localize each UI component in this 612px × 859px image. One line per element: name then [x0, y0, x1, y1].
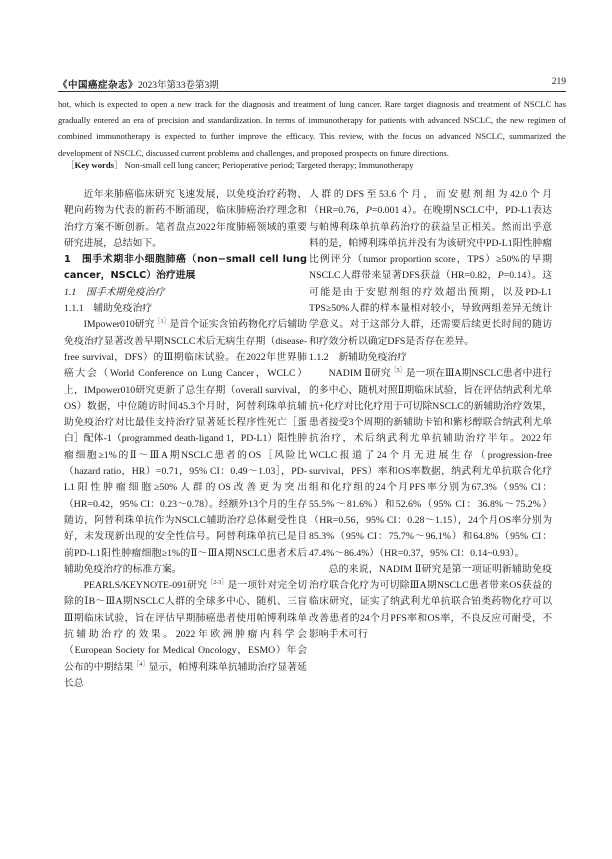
text-run: 是一项在ⅢA期NSCLC患者中进行的多中心、随机对照Ⅱ期临床试验，旨在评估纳武利… — [309, 368, 552, 558]
intro-paragraph: 近年来肺癌临床研究飞速发展，以免疫治疗药物、靶向药物为代表的新药不断涌现，临床肺… — [64, 187, 307, 252]
text-run: PEARLS/KEYNOTE-091研究 — [84, 580, 207, 591]
text-run: 是一项针对完全切除的ⅠB～ⅢA期NSCLC人群的全球多中心、随机、三盲Ⅲ期临床试… — [64, 580, 307, 672]
impower010-paragraph: IMpower010研究［1］是首个证实含铂药物化疗后辅助免疫治疗显著改善早期N… — [64, 317, 307, 578]
text-run: 是首个证实含铂药物化疗后辅助免疫治疗显著改善早期NSCLC术后无病生存期（dis… — [64, 319, 307, 574]
running-header: 《中国癌症杂志》2023年第33卷第3期 219 — [58, 76, 566, 92]
page-number: 219 — [552, 77, 566, 87]
keywords-text: Non-small cell lung cancer; Perioperativ… — [125, 160, 414, 170]
journal-name: 《中国癌症杂志》 — [58, 81, 138, 91]
abstract-text: hot, which is expected to open a new tra… — [58, 96, 566, 161]
right-column: 人群的DFS至53.6个月，而安慰剂组为42.0个月（HR=0.76，P=0.0… — [309, 187, 552, 643]
left-column: 近年来肺癌临床研究飞速发展，以免疫治疗药物、靶向药物为代表的新药不断涌现，临床肺… — [64, 187, 307, 692]
citation-5: ［5］ — [391, 368, 406, 374]
summary-paragraph: 总的来说，NADIM Ⅱ研究是第一项证明新辅助免疫治疗联合化疗为可切除ⅢA期NS… — [309, 562, 552, 643]
citation-1: ［1］ — [154, 319, 169, 325]
citation-2-3: ［2-3］ — [207, 580, 227, 586]
text-run: NADIM Ⅱ研究 — [329, 368, 391, 379]
pearls-paragraph: PEARLS/KEYNOTE-091研究［2-3］是一项针对完全切除的ⅠB～ⅢA… — [64, 578, 307, 692]
journal-issue: 《中国癌症杂志》2023年第33卷第3期 — [58, 77, 219, 91]
text-run: =0.14）。这可能是由于安慰剂组的疗效超出预期，以及PD-L1 TPS≥50%… — [309, 270, 552, 346]
section-heading-1-1: 1.1 围手术期免疫治疗 — [64, 285, 307, 301]
keywords: ［Key words］ Non-small cell lung cancer; … — [66, 159, 566, 171]
english-abstract: hot, which is expected to open a new tra… — [58, 96, 566, 161]
text-run: IMpower010研究 — [84, 319, 155, 330]
keywords-label: Key words — [75, 160, 114, 170]
pearls-continued-paragraph: 人群的DFS至53.6个月，而安慰剂组为42.0个月（HR=0.76，P=0.0… — [309, 187, 552, 350]
bracket: ］ — [114, 160, 123, 170]
section-heading-1-1-2: 1.1.2 新辅助免疫治疗 — [309, 350, 552, 366]
bracket: ［ — [66, 160, 75, 170]
section-heading-1-1-1: 1.1.1 辅助免疫治疗 — [64, 301, 307, 317]
nadim-paragraph: NADIM Ⅱ研究［5］是一项在ⅢA期NSCLC患者中进行的多中心、随机对照Ⅱ期… — [309, 366, 552, 562]
citation-4: ［4］ — [133, 662, 148, 668]
issue-info: 2023年第33卷第3期 — [138, 81, 219, 91]
section-heading-1: 1 围手术期非小细胞肺癌（non−small cell lung cancer，… — [64, 252, 307, 285]
